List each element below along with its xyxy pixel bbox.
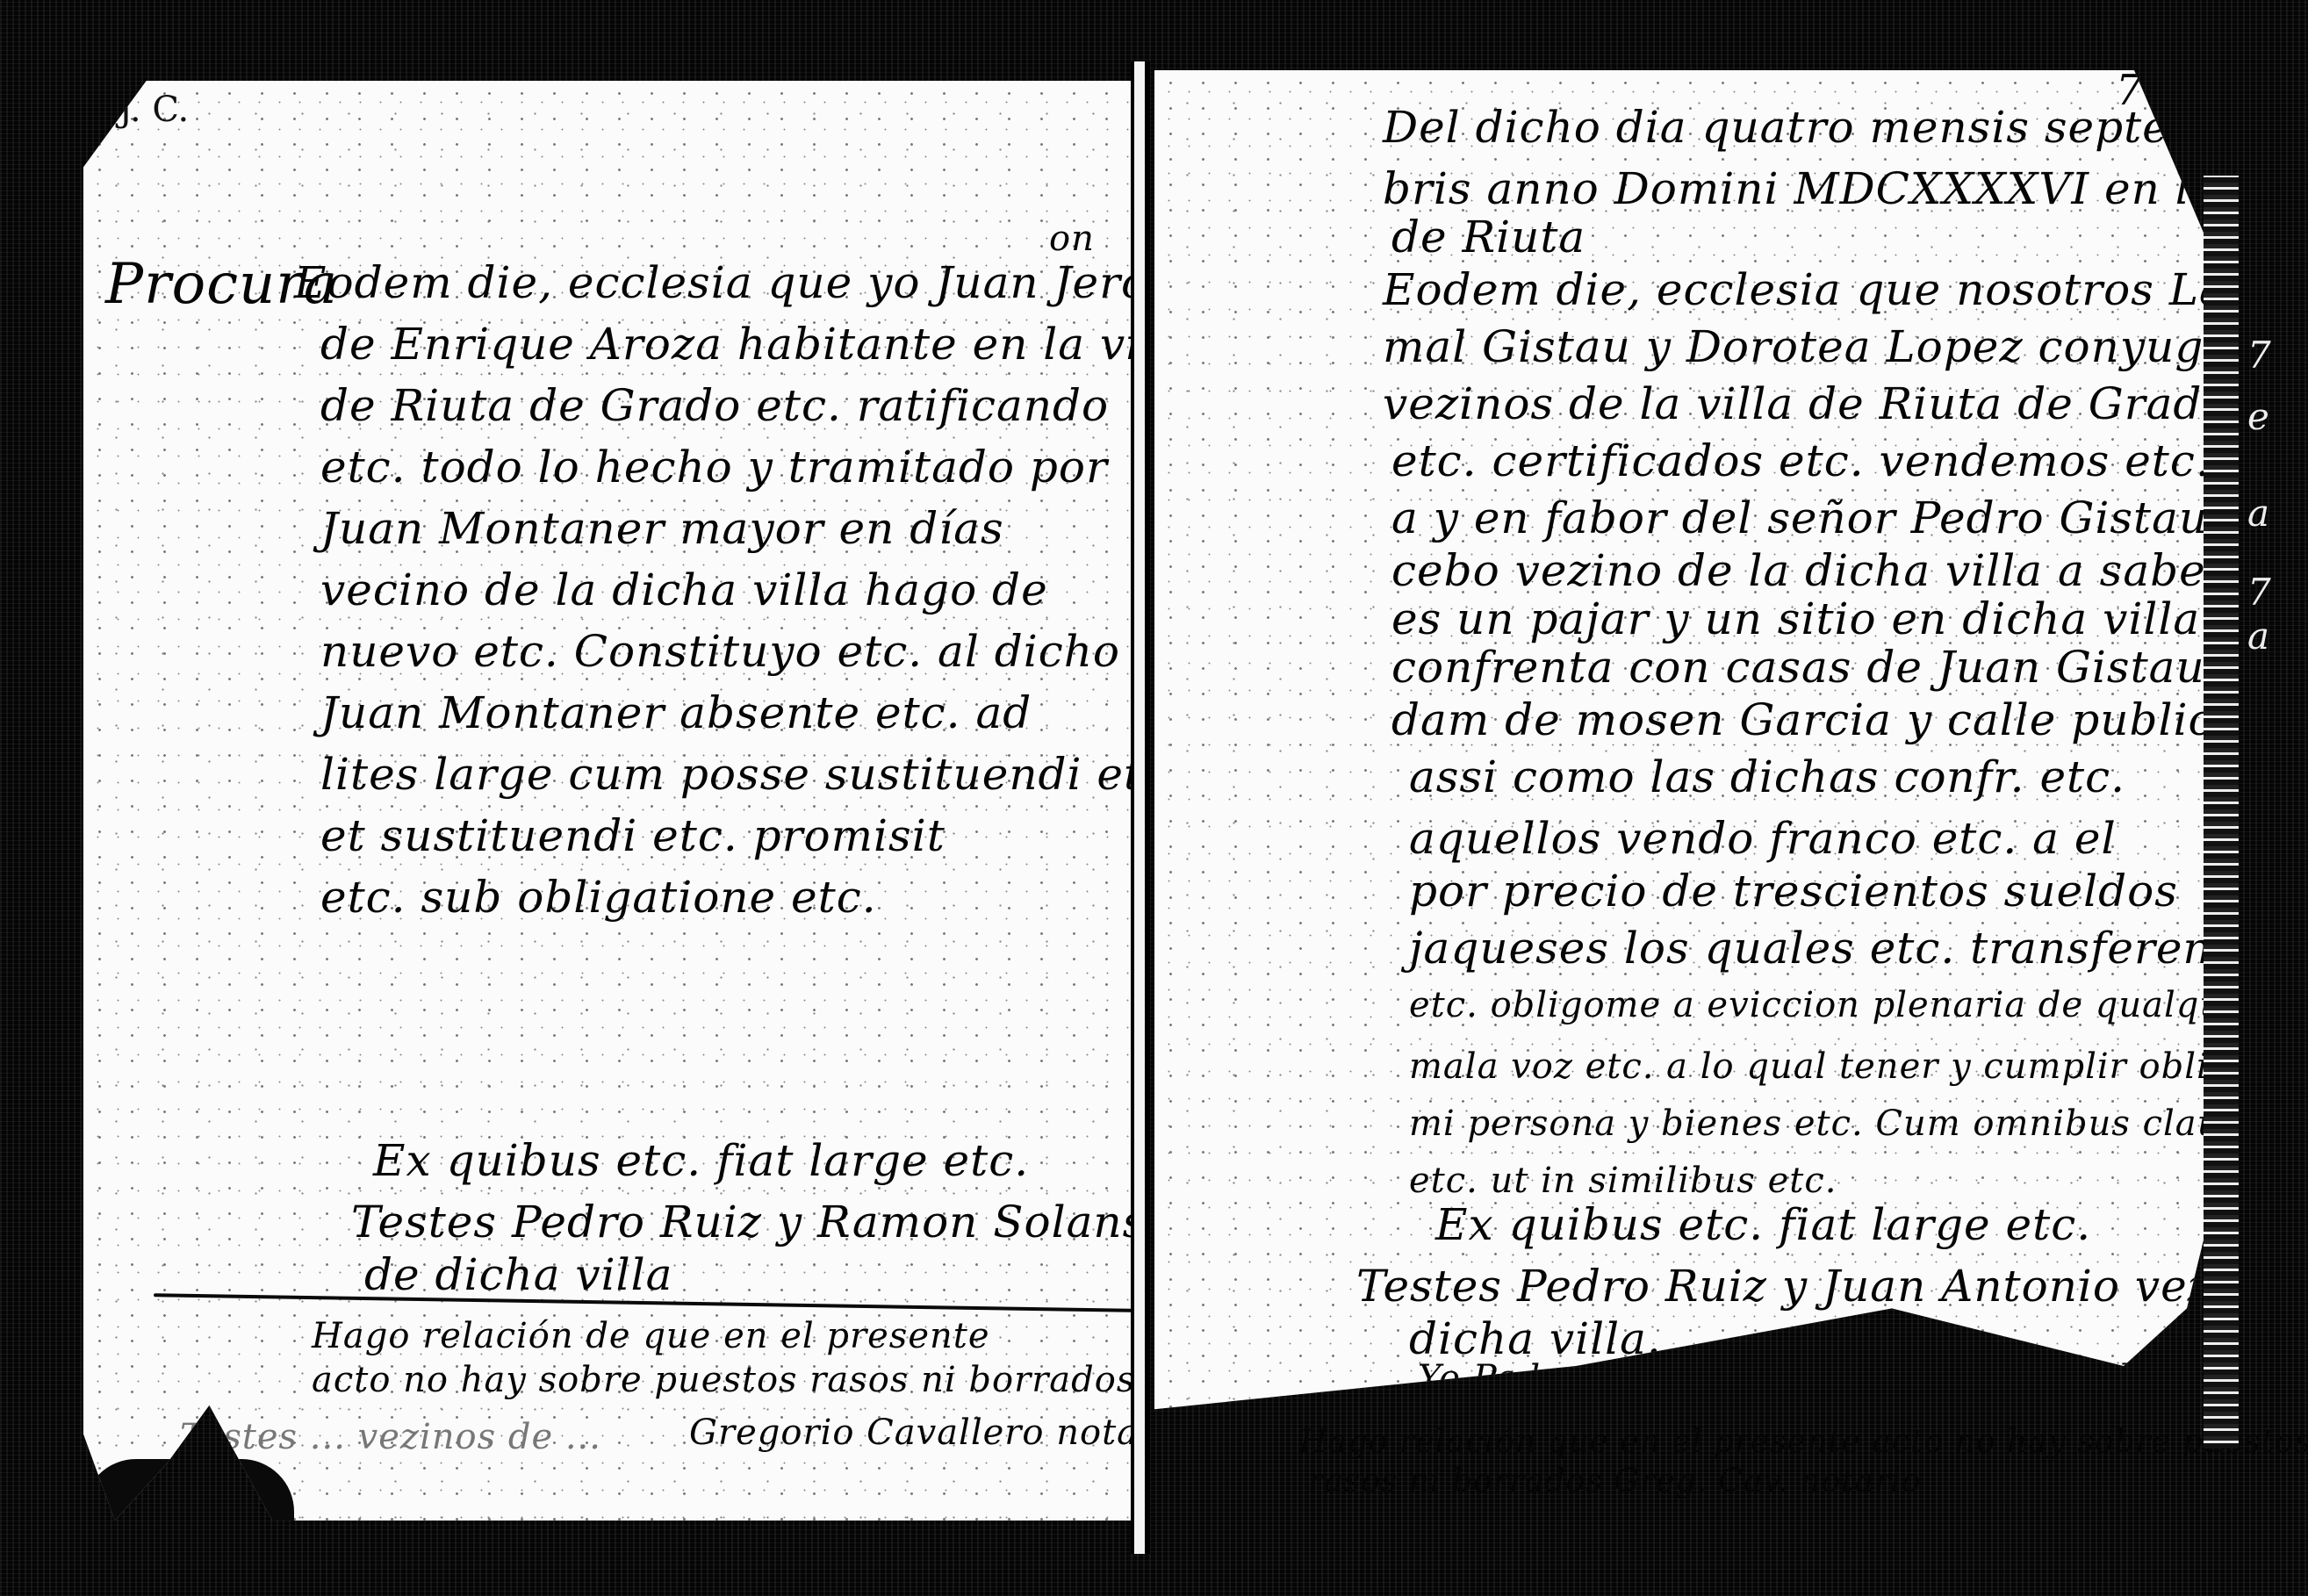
body-line: etc. certificados etc. vendemos etc. — [1391, 439, 2208, 483]
body-line: nuevo etc. Constituyo etc. al dicho — [320, 629, 1120, 673]
witnesses-line: Testes Pedro Ruiz y Juan Antonio vezinos… — [1356, 1264, 2208, 1308]
margin-fragment: e — [2247, 395, 2269, 438]
body-line: mala voz etc. a lo qual tener y cumplir … — [1409, 1049, 2208, 1084]
notary-note-line: rasos ni borrados Greg. Cav. notario — [1308, 1466, 1921, 1498]
body-line: dam de mosen Garcia y calle publica — [1391, 698, 2208, 742]
left-page: J. C. Procura on Eodem die, ecclesia que… — [83, 81, 1132, 1521]
body-line: et sustituendi etc. promisit — [320, 814, 945, 858]
heading-line: Del dicho dia quatro mensis septem- — [1383, 105, 2208, 149]
closing-formula: Ex quibus etc. fiat large etc. — [1435, 1203, 2091, 1247]
body-line: Juan Montaner mayor en días — [320, 507, 1004, 550]
body-line: cebo vezino de la dicha villa a saber — [1391, 549, 2208, 593]
body-line: de Enrique Aroza habitante en la villa — [320, 322, 1132, 366]
margin-fragment: 7 — [2247, 334, 2271, 377]
adjacent-page-edge — [2204, 176, 2239, 1449]
body-line: jaqueses los quales etc. transferencia — [1409, 926, 2208, 970]
witnesses-line: Testes Pedro Ruiz y Ramon Solans vezinos — [351, 1200, 1132, 1244]
margin-fragment: a — [2247, 492, 2269, 535]
body-line: Eodem die, ecclesia que yo Juan Jerónimo — [294, 261, 1132, 305]
witnesses-line: de dicha villa — [364, 1253, 672, 1297]
body-line: assi como las dichas confr. etc. — [1409, 755, 2125, 799]
body-line: aquellos vendo franco etc. a el — [1409, 816, 2116, 860]
notary-note-line: acto no hay sobre puestos rasos ni borra… — [312, 1362, 1132, 1398]
right-page: 77 Del dicho dia quatro mensis septem- b… — [1154, 70, 2208, 1510]
body-line: lites large cum posse sustituendi etc. — [320, 752, 1132, 796]
body-line: etc. obligome a eviccion plenaria de qua… — [1409, 988, 2208, 1023]
body-line: Juan Montaner absente etc. ad — [320, 691, 1032, 735]
body-line: confrenta con casas de Juan Gistau quon- — [1391, 645, 2208, 689]
notary-signature: Gregorio Cavallero notario — [689, 1415, 1132, 1450]
interlinear-note: on — [1049, 221, 1095, 256]
body-line: mal Gistau y Dorotea Lopez conyuges — [1383, 325, 2208, 369]
body-line: a y en fabor del señor Pedro Gistau man- — [1391, 496, 2208, 540]
faded-text: Testes ... vezinos de ... — [180, 1420, 601, 1455]
notary-note-line: Hago relación que en el presente acto no… — [1299, 1427, 2308, 1458]
body-line: por precio de trescientos sueldos — [1409, 869, 2178, 913]
body-line: etc. todo lo hecho y tramitado por — [320, 445, 1108, 489]
witnesses-line: dicha villa. — [1409, 1317, 1662, 1361]
closing-formula: Ex quibus etc. fiat large etc. — [373, 1139, 1029, 1183]
body-line: es un pajar y un sitio en dicha villa — [1391, 597, 2200, 641]
body-line: vecino de la dicha villa hago de — [320, 568, 1048, 612]
body-line: etc. ut in similibus etc. — [1409, 1163, 1837, 1198]
heading-line: bris anno Domini MDCXXXXVI en la villa — [1383, 167, 2208, 211]
body-line: Eodem die, ecclesia que nosotros Las — [1383, 268, 2208, 312]
margin-fragment: 7 — [2247, 571, 2271, 614]
body-line: mi persona y bienes etc. Cum omnibus cla… — [1409, 1106, 2208, 1141]
body-line: de Riuta de Grado etc. ratificando — [320, 384, 1109, 428]
book-spine — [1131, 61, 1150, 1554]
body-line: vezinos de la villa de Riuta de Grado — [1383, 382, 2208, 426]
heading-line: de Riuta — [1391, 215, 1585, 259]
margin-fragment: a — [2247, 615, 2269, 658]
notary-note-line: Hago relación de que en el presente — [312, 1319, 990, 1354]
body-line: etc. sub obligatione etc. — [320, 875, 877, 919]
